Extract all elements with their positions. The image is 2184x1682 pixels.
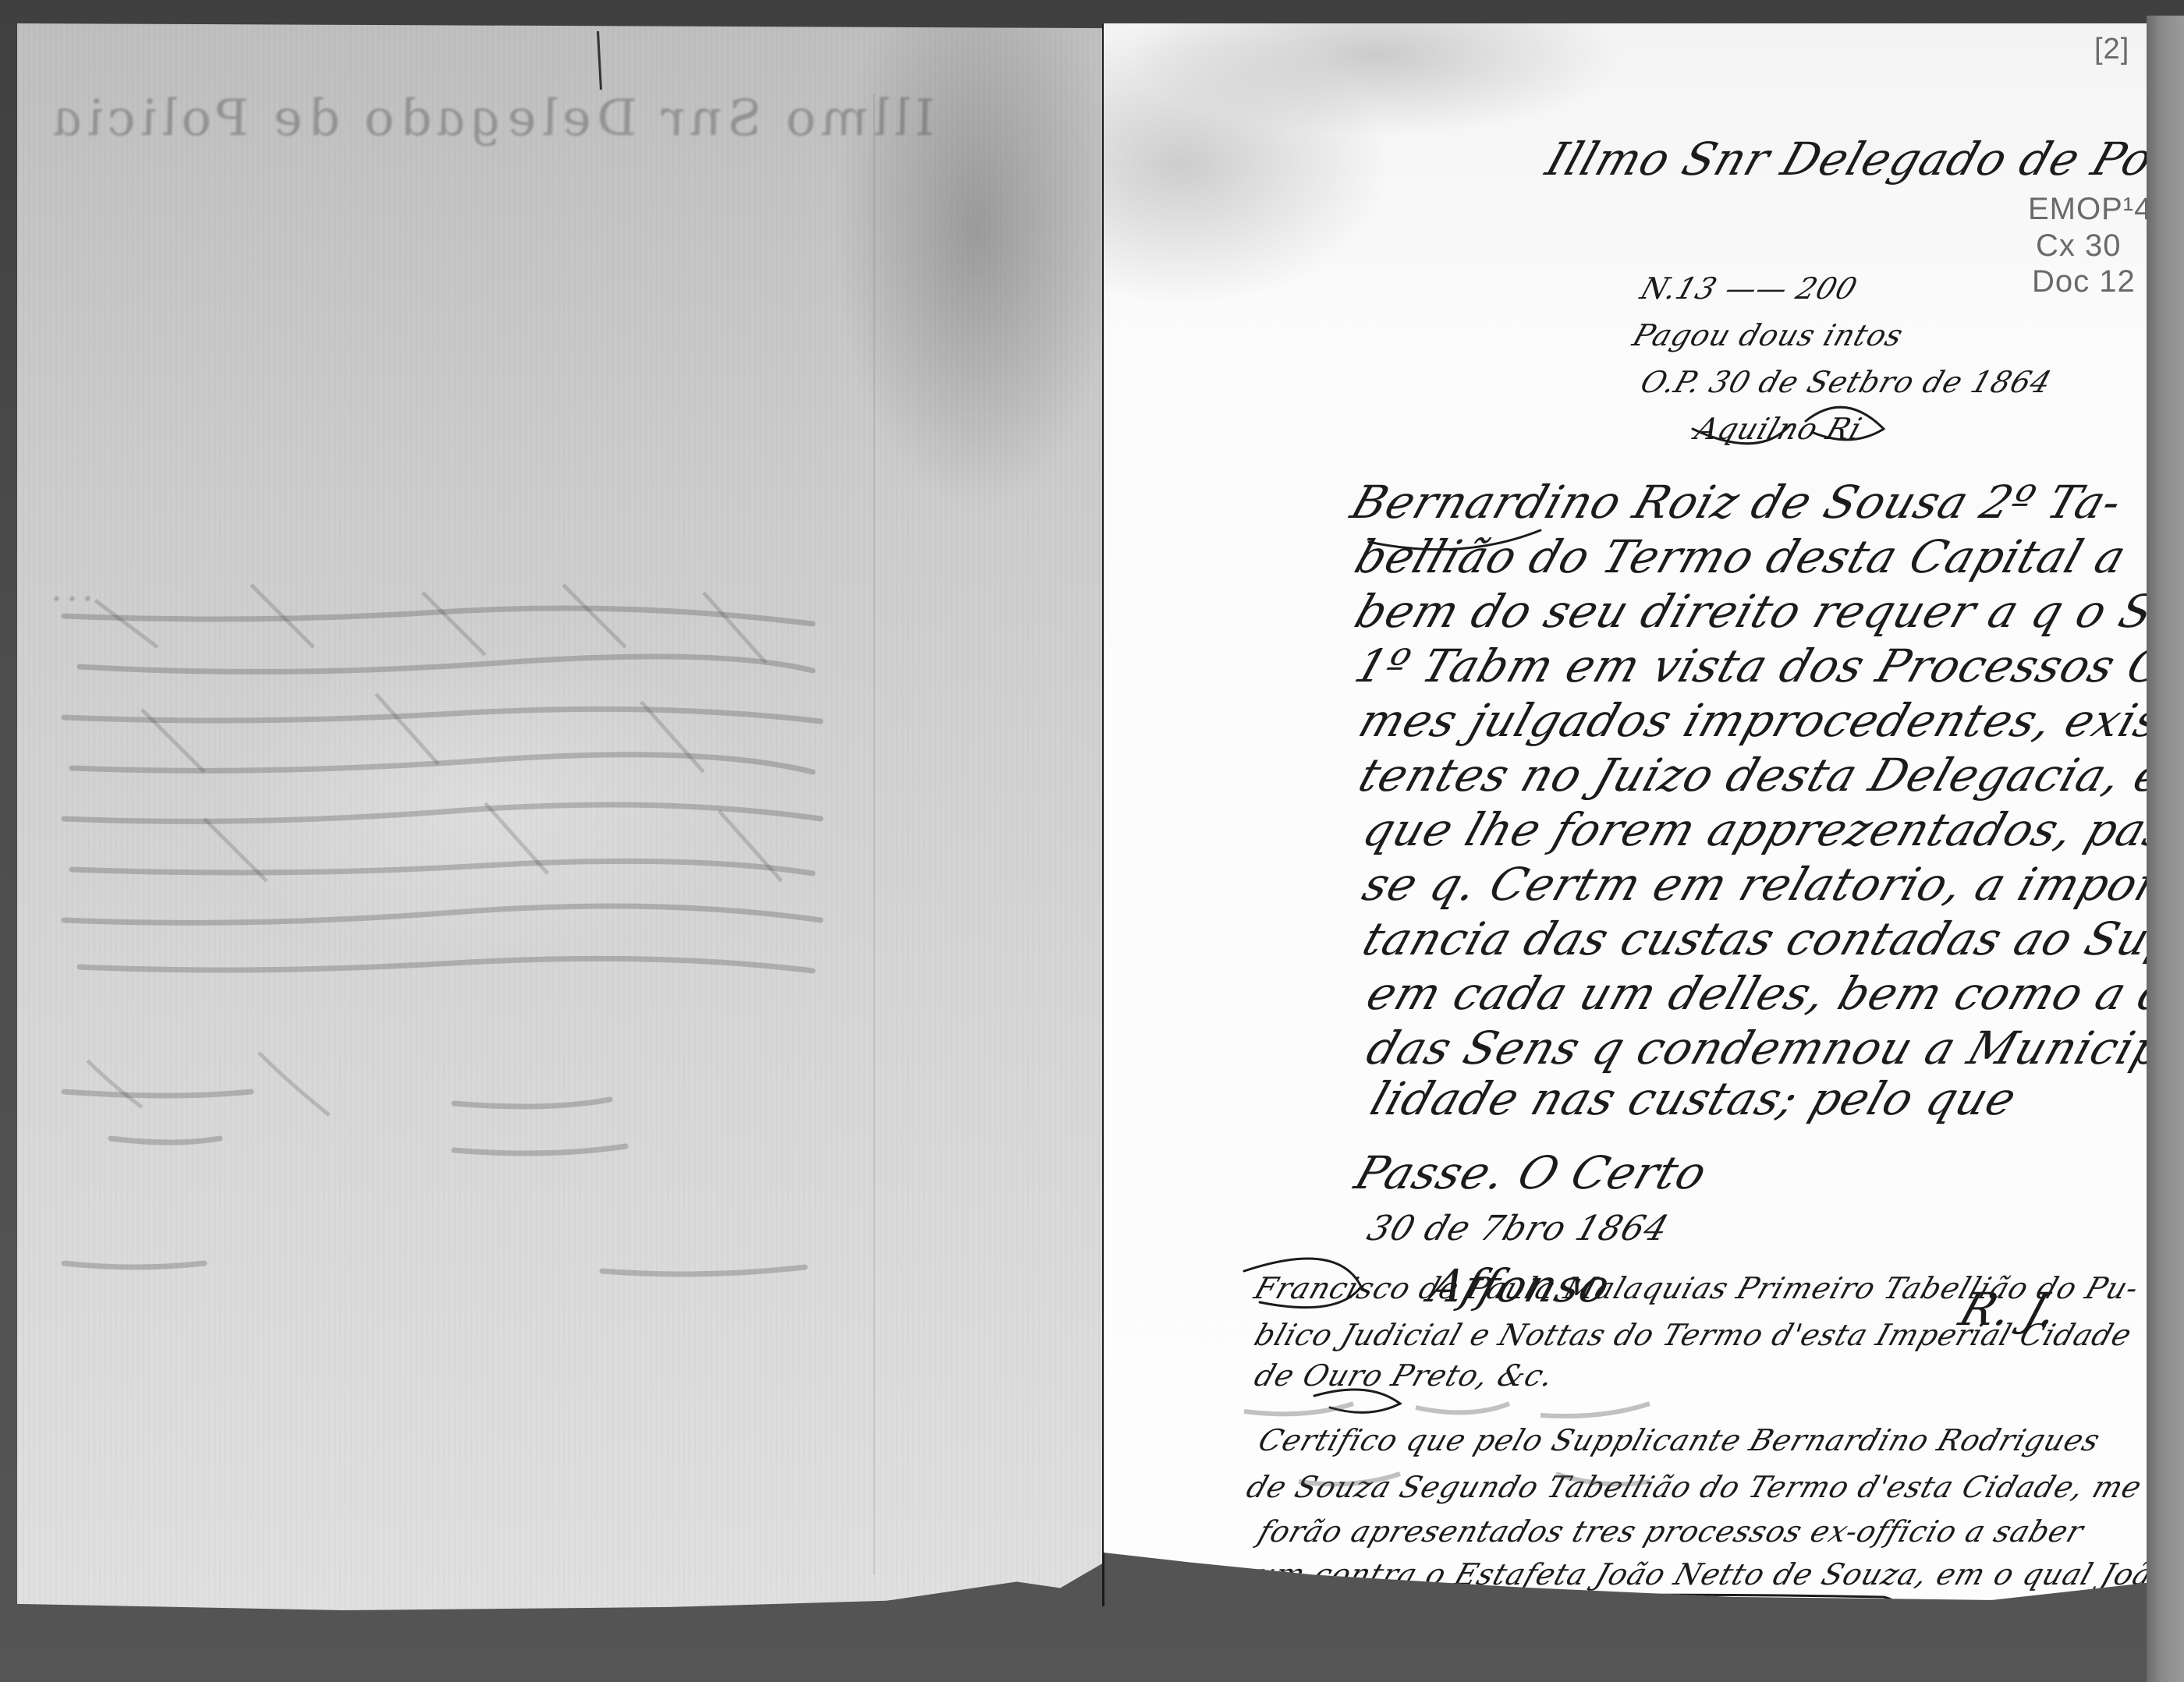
bleed-through-strokes <box>17 23 1104 1610</box>
left-page: Illmo Snr Delegado de Policia ... <box>17 23 1104 1610</box>
scan-right-edge <box>2147 16 2184 1682</box>
right-page: [2] EMOP¹4 Cx 30 Doc 12 Illmo Snr Delega… <box>1104 23 2149 1606</box>
pen-flourishes <box>1104 23 2149 1606</box>
